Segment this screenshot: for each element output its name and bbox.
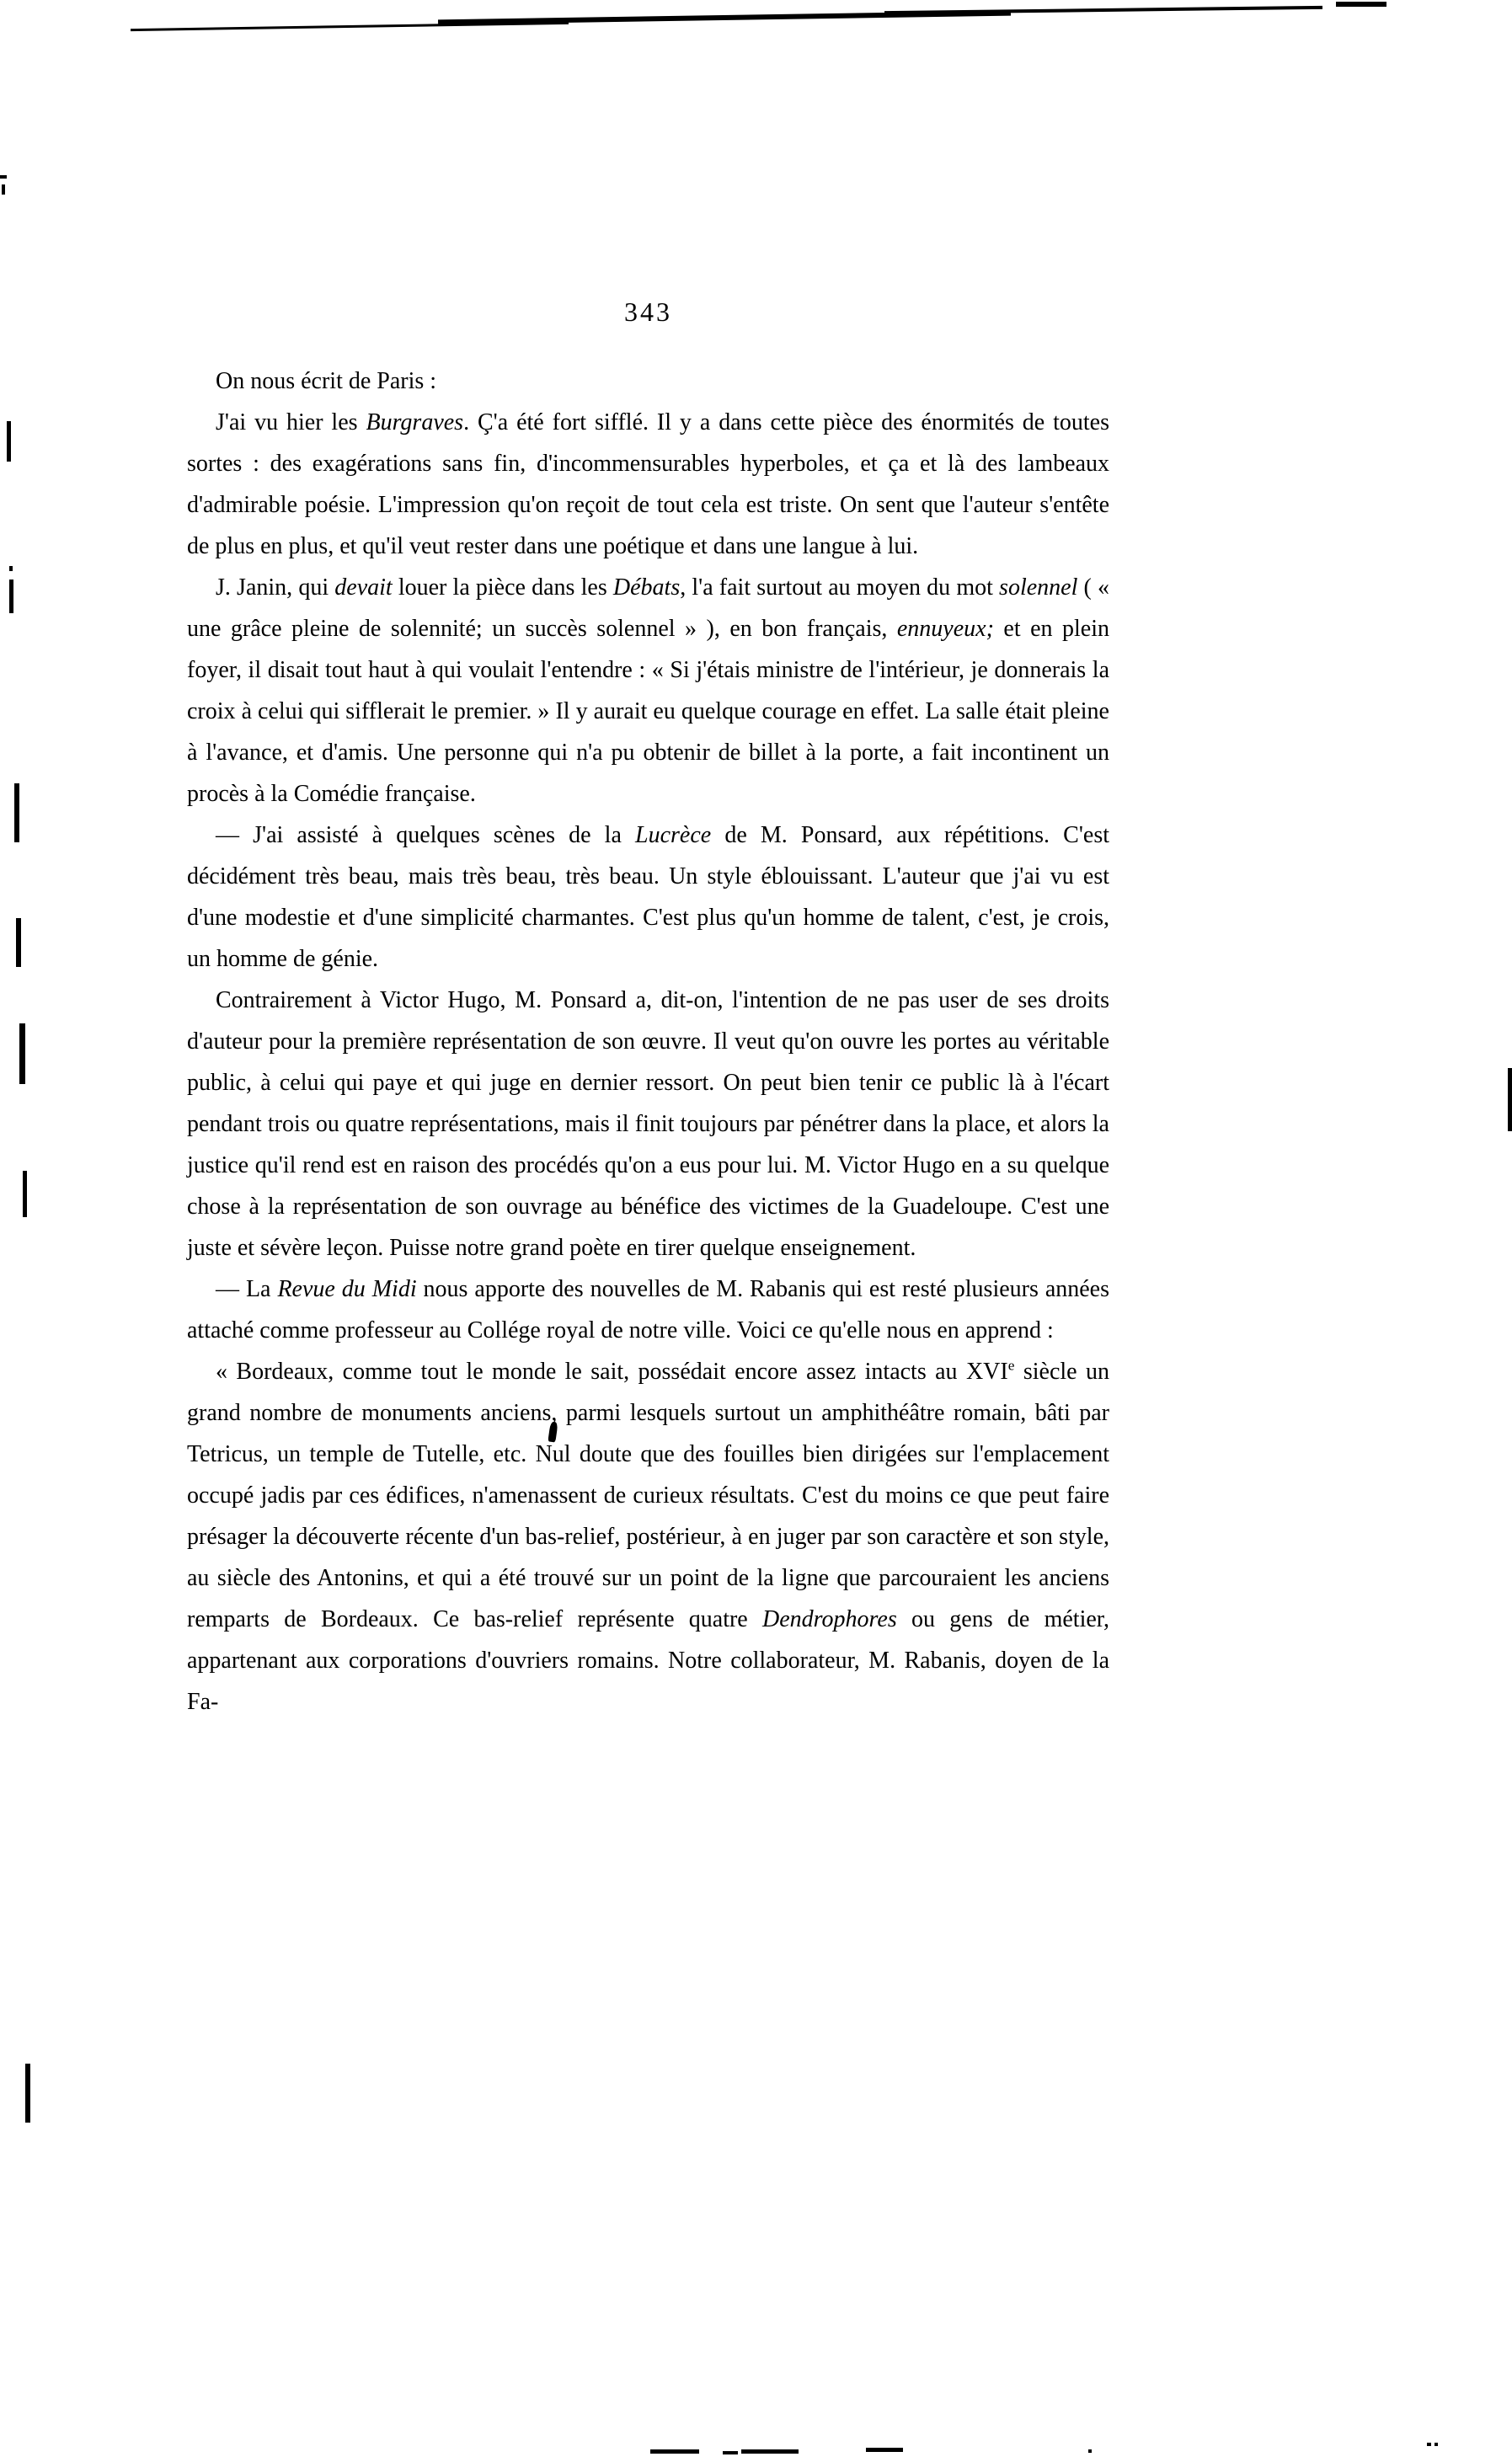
- scanned-book-page: 343 On nous écrit de Paris :J'ai vu hier…: [0, 0, 1512, 2457]
- paragraph-bordeaux: « Bordeaux, comme tout le monde le sait,…: [187, 1351, 1109, 1723]
- scan-artifact-bottom-dot: [1427, 2443, 1431, 2446]
- paragraph-dateline: On nous écrit de Paris :: [187, 361, 1109, 402]
- italic-run: Revue du Midi: [277, 1276, 416, 1302]
- scan-artifact-margin-mark: [14, 783, 19, 842]
- page-number: 343: [187, 296, 1109, 328]
- scan-artifact-margin-mark: [16, 918, 21, 967]
- scan-artifact-bottom-dash: [650, 2449, 699, 2454]
- text-run: louer la pièce dans les: [393, 574, 613, 601]
- italic-run: devait: [334, 574, 392, 601]
- paragraph-janin: J. Janin, qui devait louer la pièce dans…: [187, 567, 1109, 815]
- scan-artifact-bottom-dash: [723, 2451, 738, 2454]
- scan-artifact-margin-mark: [9, 580, 13, 613]
- text-run: — La: [216, 1276, 277, 1302]
- paragraph-ponsard-droits: Contrairement à Victor Hugo, M. Ponsard …: [187, 980, 1109, 1269]
- text-run: Contrairement à Victor Hugo, M. Ponsard …: [187, 987, 1109, 1261]
- page-text: On nous écrit de Paris :J'ai vu hier les…: [187, 361, 1109, 1723]
- text-run: J'ai vu hier les: [216, 409, 366, 435]
- scan-artifact-margin-mark: [25, 2064, 30, 2123]
- italic-run: solennel: [999, 574, 1077, 601]
- text-run: , l'a fait surtout au moyen du mot: [680, 574, 999, 601]
- text-run: siècle un grand nombre de monuments anci…: [187, 1359, 1109, 1632]
- text-run: — J'ai assisté à quelques scènes de la: [216, 822, 635, 848]
- paragraph-revue-du-midi: — La Revue du Midi nous apporte des nouv…: [187, 1269, 1109, 1351]
- scan-artifact-margin-mark: [23, 1171, 27, 1217]
- italic-run: ennuyeux;: [897, 616, 994, 642]
- scan-artifact-top-line: [884, 6, 1322, 14]
- paragraph-burgraves: J'ai vu hier les Burgraves. Ç'a été fort…: [187, 402, 1109, 567]
- scan-artifact-margin-mark: [1508, 1068, 1512, 1131]
- scan-artifact-bottom-dot: [1088, 2449, 1092, 2453]
- scan-artifact-bottom-dash: [741, 2449, 799, 2454]
- scan-artifact-bottom-dash: [866, 2448, 903, 2452]
- scan-artifact-bottom-dot: [1435, 2443, 1438, 2446]
- text-run: J. Janin, qui: [216, 574, 334, 601]
- paragraph-lucrece: — J'ai assisté à quelques scènes de la L…: [187, 815, 1109, 980]
- text-run: et en plein foyer, il disait tout haut à…: [187, 616, 1109, 807]
- text-run: On nous écrit de Paris :: [216, 368, 436, 394]
- text-run: « Bordeaux, comme tout le monde le sait,…: [216, 1359, 1008, 1385]
- italic-run: Lucrèce: [635, 822, 711, 848]
- scan-artifact-margin-mark: [9, 566, 13, 571]
- scan-artifact-margin-mark: [7, 421, 11, 462]
- scan-artifact-margin-mark: [2, 184, 5, 195]
- italic-run: Dendrophores: [762, 1606, 897, 1632]
- scan-artifact-margin-mark: [19, 1023, 25, 1084]
- italic-run: Débats: [613, 574, 680, 601]
- scan-artifact-margin-mark: [0, 175, 7, 179]
- scan-artifact-top-dash: [1336, 2, 1386, 7]
- italic-run: Burgraves: [366, 409, 463, 435]
